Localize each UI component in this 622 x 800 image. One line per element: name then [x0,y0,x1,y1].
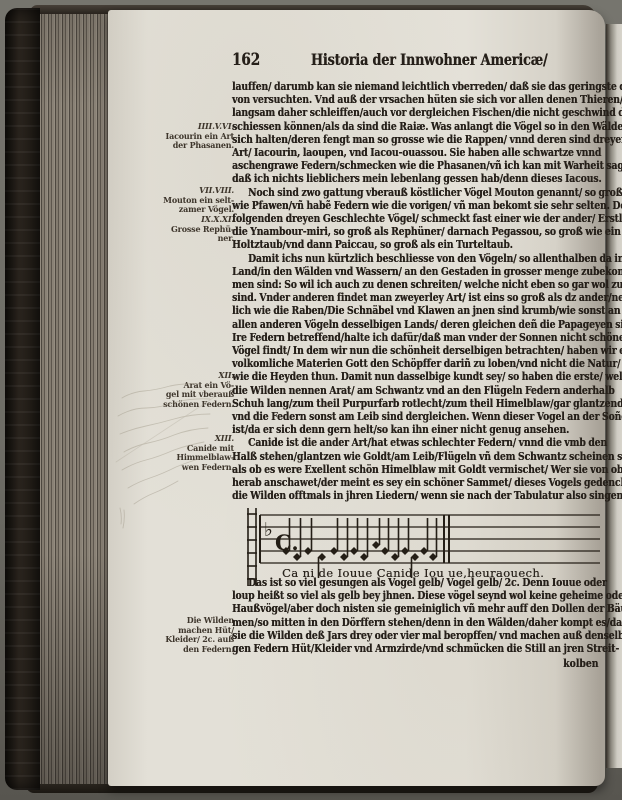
text-line: Halß stehen/glantzen wie Goldt/am Leib/F… [232,450,598,463]
margin-note-text: Grosse Rephü- ner. [154,225,234,244]
text-line: die Wilden nennen Arat/ am Schwantz vnd … [232,384,598,397]
running-title: Historia der Innwohner Americæ/ [260,50,598,69]
text-line: Canide ist die ander Art/hat etwas schle… [232,436,598,449]
margin-note-rephuener: IX.X.XI. Grosse Rephü- ner. [154,215,234,244]
page-number: 162 [232,50,260,70]
text-line: wie die Heyden thun. Damit nun dasselbig… [232,370,598,383]
after-music-text-block: Das ist so viel gesungen als Vogel gelb/… [232,576,598,655]
book-page: 162 Historia der Innwohner Americæ/ lauf… [108,10,605,786]
margin-note-federn: Die Wilden machen Hüt/ Kleider/ 2c. auß … [154,616,234,654]
margin-note-text: Die Wilden machen Hüt/ Kleider/ 2c. auß … [154,616,234,654]
handwritten-marginalia [112,358,232,538]
text-line: lich wie die Raben/Die Schnäbel vnd Klaw… [232,304,598,317]
text-line: daß ich nichts lieblichers mein lebenlan… [232,172,598,185]
text-line: Haußvögel/aber doch nisten sie gemeinigl… [232,602,598,615]
text-line: men/so mitten in den Dörffern stehen/den… [232,616,598,629]
text-line: Noch sind zwo gattung vberauß köstlicher… [232,186,598,199]
text-line: gen Federn Hüt/Kleider vnd Armzirde/vnd … [232,642,598,655]
text-line: langsam daher schleiffen/auch vor dergle… [232,106,598,119]
text-line: die Wilden offtmals in jhren Liedern/ we… [232,489,598,502]
book-spine [5,8,40,790]
margin-note-text: Iacourin ein Art der Phasanen. [154,132,234,151]
flat-sign: ♭ [264,519,273,541]
margin-note-text: Mouton ein selt- zamer Vögel. [154,196,234,215]
text-line: schiessen können/als da sind die Raiæ. W… [232,120,598,133]
page-header: 162 Historia der Innwohner Americæ/ [232,50,598,70]
catchword: kolben [232,656,598,670]
text-line: Holtztaub/vnd dann Paiccau, so groß als … [232,238,598,251]
book-fore-edge-pages [40,14,110,784]
text-line: Damit ichs nun kürtzlich beschliesse von… [232,252,598,265]
margin-note-iacourin: IIII.V.VI. Iacourin ein Art der Phasanen… [154,122,234,151]
text-line: allen anderen Vögeln desselbigen Lands/ … [232,318,598,331]
margin-note-mouton: VII.VIII. Mouton ein selt- zamer Vögel. [154,186,234,215]
body-text-block: lauffen/ darumb kan sie niemand leichtli… [232,80,598,503]
